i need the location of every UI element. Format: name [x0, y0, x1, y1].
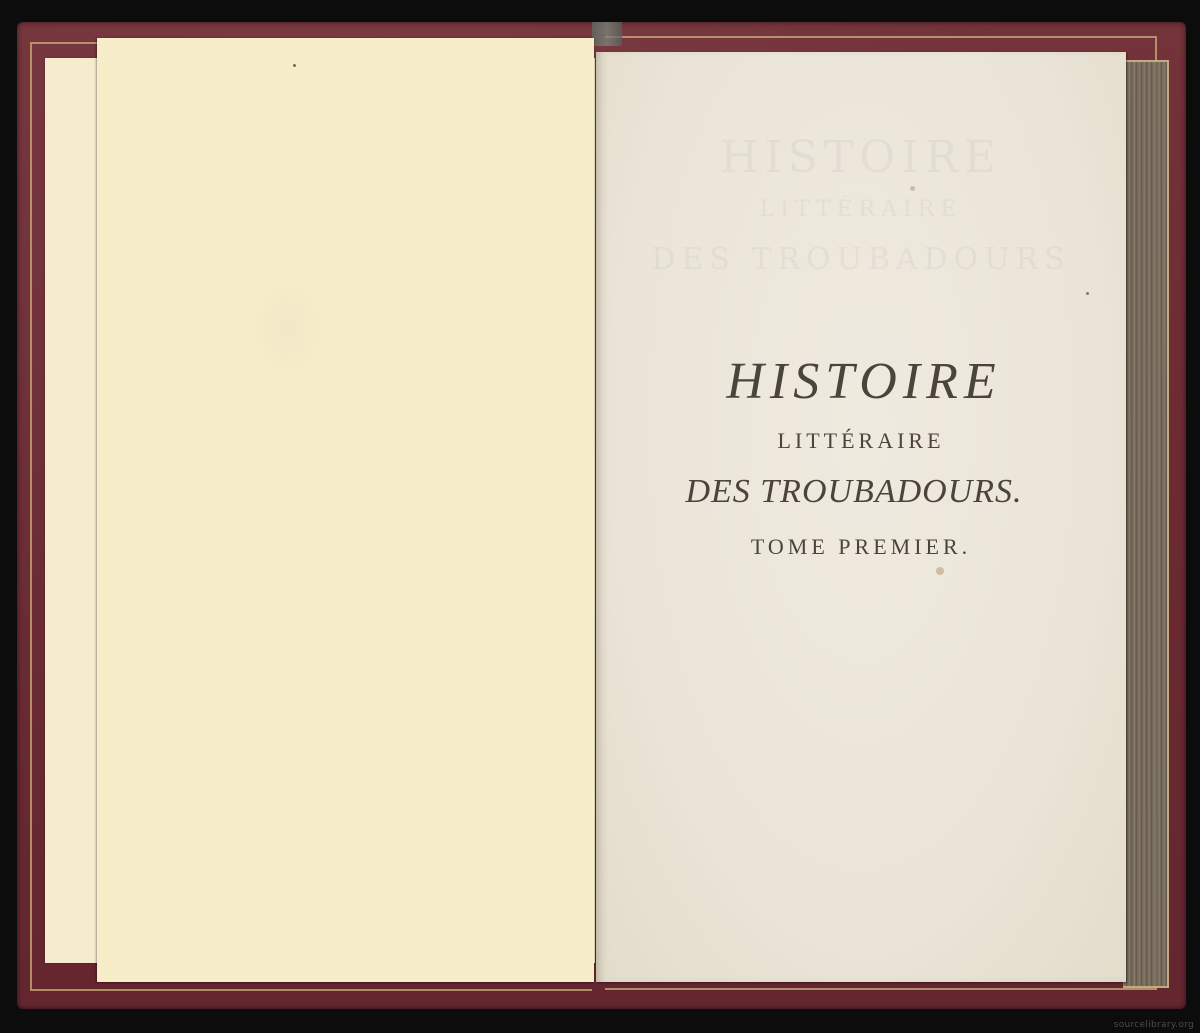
foxing-spot — [910, 186, 915, 191]
title-litteraire: LITTÉRAIRE — [596, 426, 1126, 456]
title-page: HISTOIRE LITTÉRAIRE DES TROUBADOURS HIST… — [596, 52, 1126, 982]
flyleaf-front — [97, 38, 594, 982]
title-tome-premier: TOME PREMIER. — [596, 532, 1126, 562]
foxing-spot — [936, 567, 944, 575]
ink-speck — [293, 64, 296, 67]
title-histoire: HISTOIRE — [602, 352, 1126, 412]
page-edges — [1123, 60, 1169, 988]
show-through-line-2: LITTÉRAIRE — [596, 197, 1126, 222]
spine-headband — [592, 22, 622, 46]
book-photo: HISTOIRE LITTÉRAIRE DES TROUBADOURS HIST… — [0, 0, 1200, 1033]
watermark: sourcelibrary.org — [1114, 1020, 1194, 1030]
show-through-line-3: DES TROUBADOURS — [596, 242, 1126, 277]
ink-speck — [1086, 292, 1089, 295]
show-through-line-1: HISTOIRE — [596, 132, 1126, 183]
title-block: HISTOIRE LITTÉRAIRE DES TROUBADOURS. TOM… — [596, 352, 1126, 562]
title-des-troubadours: DES TROUBADOURS. — [582, 472, 1126, 512]
showthrough-oval-mark — [242, 268, 332, 388]
